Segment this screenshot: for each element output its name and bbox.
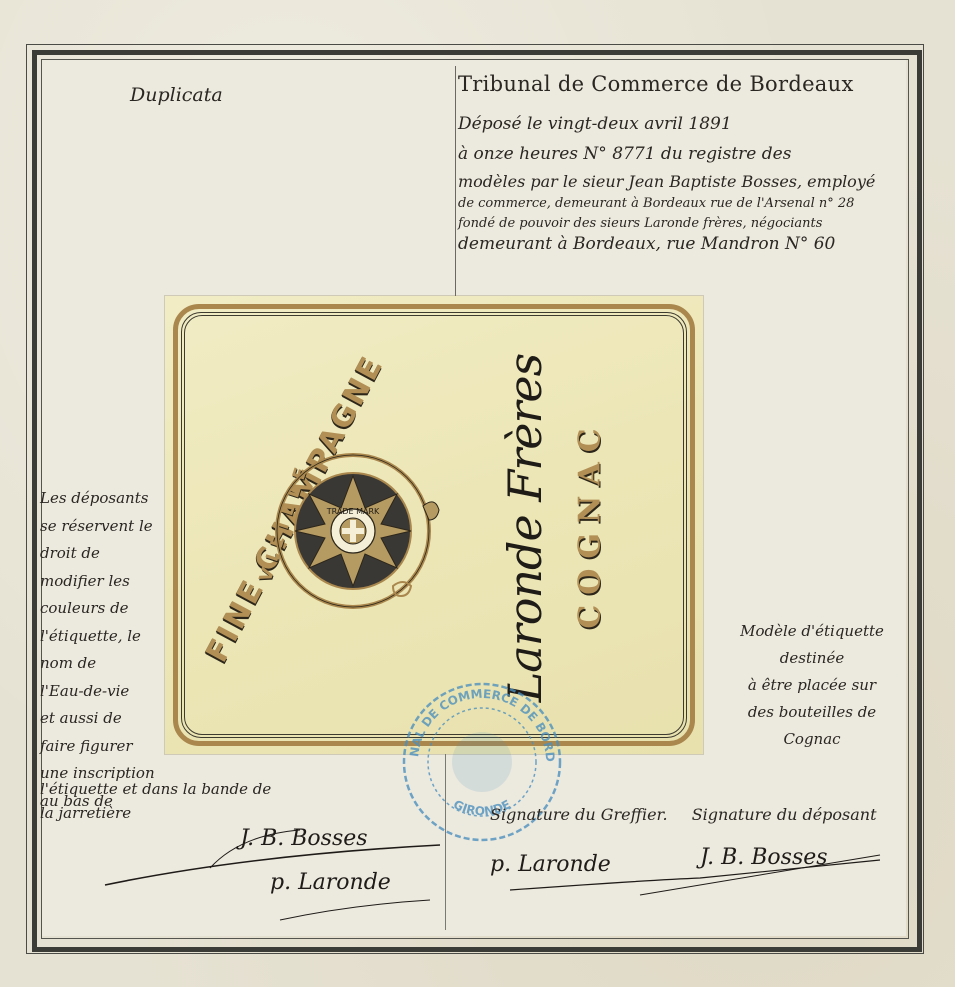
registry-line-4: de commerce, demeurant à Bordeaux rue de… [458,196,854,211]
duplicata-marking: Duplicata [130,84,223,106]
signature-bosses-left: J. B. Bosses [240,826,368,851]
label-brand: Laronde Frères [498,348,552,708]
label-origin: COGNAC [573,399,608,649]
signature-laronde-left: p. Laronde [270,870,391,895]
caption-deposant: Signature du déposant [692,805,877,824]
purpose-line: des bouteilles de [712,699,912,726]
registry-line-2: à onze heures N° 8771 du registre des [458,144,791,164]
registry-line-6: demeurant à Bordeaux, rue Mandron N° 60 [458,234,835,254]
caption-greffier: Signature du Greffier. [490,805,668,824]
margin-note-continuation-2: la jarretière [40,804,131,822]
purpose-line: destinée [712,645,912,672]
registry-line-3: modèles par le sieur Jean Baptiste Bosse… [458,172,875,191]
purpose-line: Cognac [712,726,912,753]
emblem-text: TRADE MARK [326,507,380,516]
label-purpose-note: Modèle d'étiquette destinée à être placé… [712,618,912,753]
signature-captions: Signature du Greffier. Signature du dépo… [490,805,877,824]
signature-laronde-right: p. Laronde [490,852,611,877]
margin-note-continuation-1: l'étiquette et dans la bande de [40,780,271,798]
court-header: Tribunal de Commerce de Bordeaux [458,72,854,96]
column-divider [455,66,456,296]
purpose-line: Modèle d'étiquette [712,618,912,645]
trade-mark-emblem-icon: TRADE MARK [273,446,453,616]
registry-line-5: fondé de pouvoir des sieurs Laronde frèr… [458,216,822,231]
registry-line-1: Déposé le vingt-deux avril 1891 [458,114,732,134]
signature-bosses-right: J. B. Bosses [700,845,828,870]
purpose-line: à être placée sur [712,672,912,699]
